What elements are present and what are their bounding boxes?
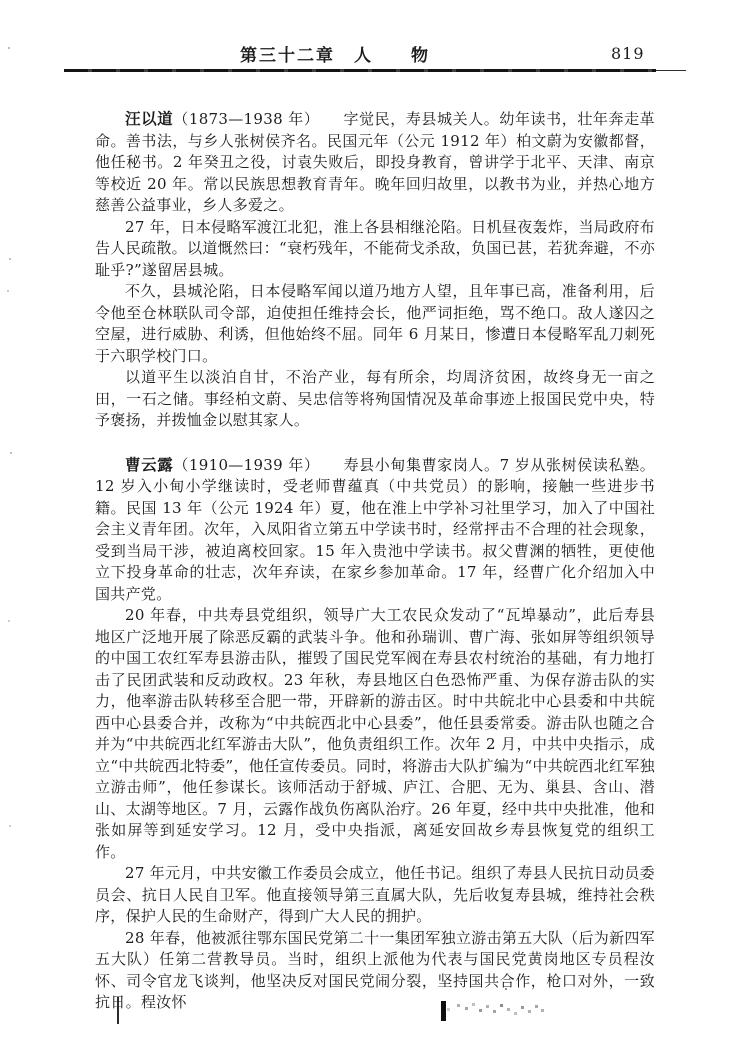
header-rule [64, 69, 656, 72]
bio-paragraph: 27 年元月，中共安徽工作委员会成立，他任书记。组织了寿县人民抗日动员委员会、抗… [95, 863, 655, 928]
scan-artifact-dot [505, 988, 507, 990]
page-body: 汪以道（1873—1938 年）字觉民，寿县城关人。幼年读书，壮年奔走革命。善书… [95, 109, 655, 1014]
bio-paragraph: 汪以道（1873—1938 年）字觉民，寿县城关人。幼年读书，壮年奔走革命。善书… [95, 109, 655, 217]
entry-years: （1873—1938 年） [173, 110, 319, 128]
bio-entry-cao-yunlu: 曹云露（1910—1939 年）寿县小甸集曹家岗人。7 岁从张树侯读私塾。12 … [95, 455, 655, 1014]
bio-paragraph: 曹云露（1910—1939 年）寿县小甸集曹家岗人。7 岁从张树侯读私塾。12 … [95, 455, 655, 606]
scan-artifact-smudge [457, 1004, 460, 1007]
bio-paragraph: 28 年春，他被派往鄂东国民党第二十一集团军独立游击第五大队（后为新四军五大队）… [95, 928, 655, 1014]
entry-years: （1910—1939 年） [173, 456, 319, 474]
entry-name: 曹云露 [125, 456, 173, 474]
header-rule-tail [656, 70, 686, 71]
bio-paragraph: 20 年春，中共寿县党组织，领导广大工农民众发动了“瓦埠暴动”，此后寿县地区广泛… [95, 605, 655, 863]
bio-paragraph: 27 年，日本侵略军渡江北犯，淮上各县相继沦陷。日机昼夜轰炸，当局政府布告人民疏… [95, 217, 655, 282]
entry-name: 汪以道 [125, 110, 173, 128]
bio-entry-wang-yidao: 汪以道（1873—1938 年）字觉民，寿县城关人。幼年读书，壮年奔走革命。善书… [95, 109, 655, 432]
bio-paragraph: 不久，县城沦陷，日本侵略军闻以道乃地方人望，且年事已高，准备利用，后令他至仓林联… [95, 281, 655, 367]
scan-artifact-vertical-line [117, 997, 119, 1024]
scan-artifact-margin-specks [8, 47, 10, 49]
bio-paragraph: 以道平生以淡泊自甘，不治产业，每有所余，均周济贫困，故终身无一亩之田，一石之储。… [95, 367, 655, 432]
scanned-book-page: 第三十二章 人 物 819 汪以道（1873—1938 年）字觉民，寿县城关人。… [0, 0, 747, 1046]
page-number: 819 [611, 44, 645, 63]
paragraph-text: 寿县小甸集曹家岗人。7 岁从张树侯读私塾。12 岁入小甸小学继读时，受老师曹蕴真… [95, 456, 655, 603]
chapter-title: 第三十二章 人 物 [240, 41, 430, 66]
scan-artifact-ink-bar [441, 1001, 446, 1021]
